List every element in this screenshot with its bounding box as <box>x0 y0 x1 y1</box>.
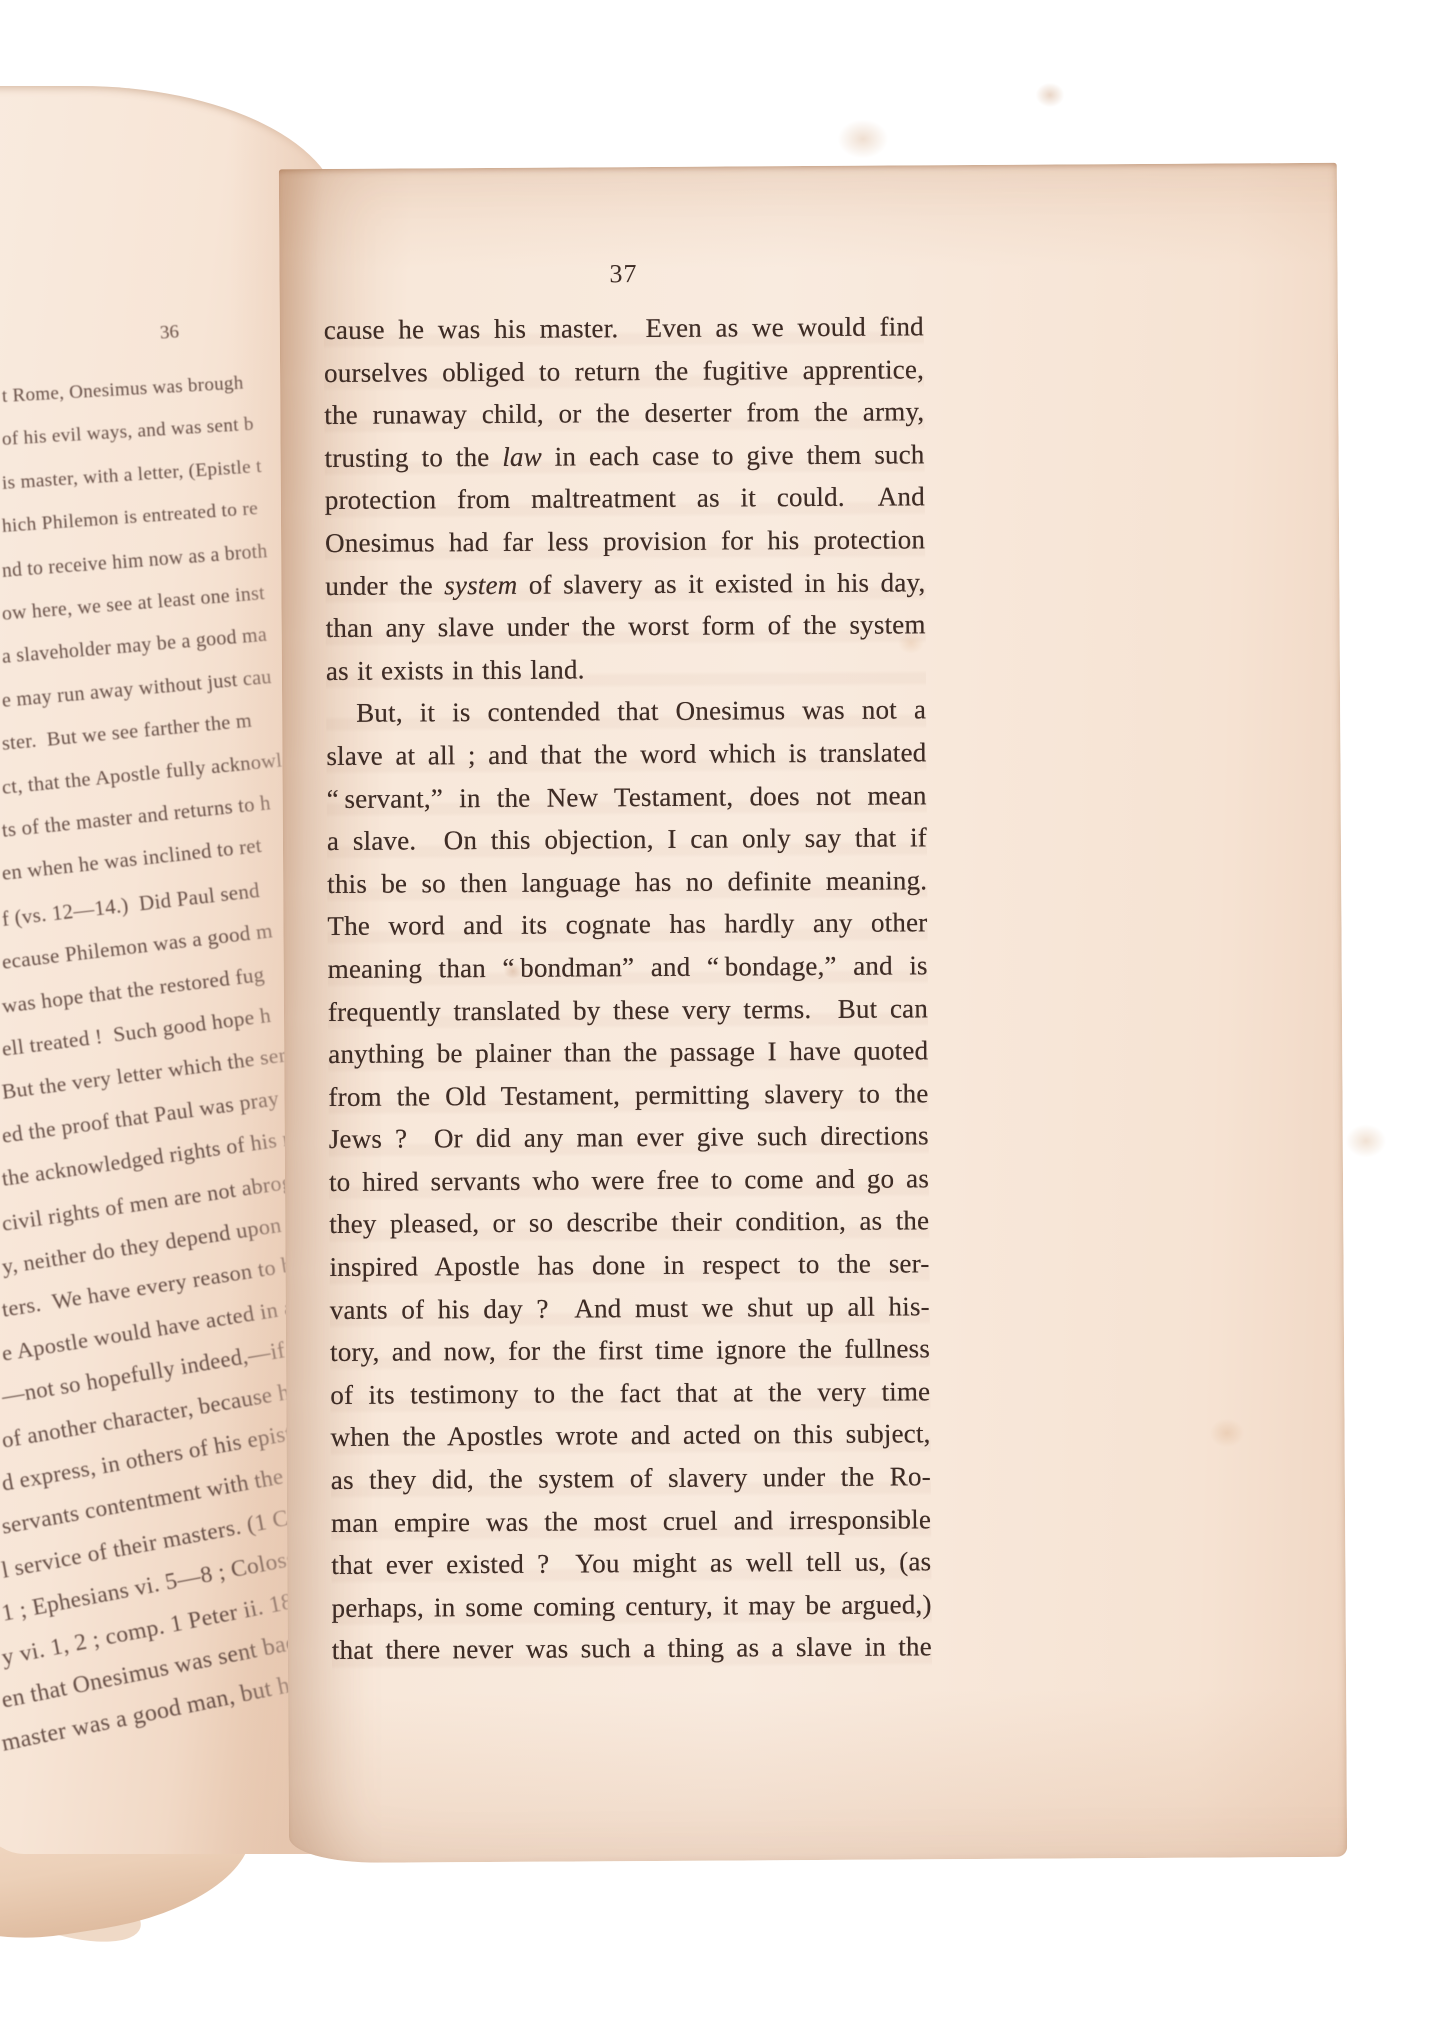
left-page-text-line: ow here, we see at least one inst <box>1 582 266 626</box>
left-page-text-line: nd to receive him now as a broth <box>1 540 268 583</box>
left-page-text-line: a slaveholder may be a good ma <box>1 624 268 669</box>
right-page-text-line: as it exists in this land. <box>326 646 926 692</box>
right-page-text-line: when the Apostles wrote and acted on thi… <box>330 1413 930 1459</box>
right-page-text-line: man empire was the most cruel and irresp… <box>331 1498 931 1544</box>
right-page-text-line: trusting to the law in each case to give… <box>324 433 924 479</box>
right-page-text-line: under the system of slavery as it existe… <box>325 561 925 607</box>
right-page-text-line: the runaway child, or the deserter from … <box>324 390 924 436</box>
right-page-text-line: this be so then language has no definite… <box>327 859 927 905</box>
left-page-text-line: en when he was inclined to ret <box>1 835 263 886</box>
book-photo: 36 t Rome, Onesimus was broughof his evi… <box>0 0 1445 2023</box>
right-page-text-line: of its testimony to the fact that at the… <box>330 1370 930 1416</box>
right-page-text-line: vants of his day ? And must we shut up a… <box>330 1285 930 1331</box>
right-page-text-line: ourselves obliged to return the fugitive… <box>324 348 924 394</box>
left-page-text-line: of his evil ways, and was sent b <box>1 414 254 451</box>
right-page-text-line: anything be plainer than the passage I h… <box>328 1029 928 1075</box>
right-page-text-line: Onesimus had far less provision for his … <box>325 518 925 564</box>
left-page-text-line: ster. But we see farther the m <box>1 710 253 756</box>
left-page-text-line: t Rome, Onesimus was brough <box>1 373 244 408</box>
left-page-number: 36 <box>159 321 179 344</box>
right-page-text-line: that ever existed ? You might as well te… <box>331 1541 931 1587</box>
right-page-text-line: “ servant,” in the New Testament, does n… <box>327 774 927 820</box>
right-page-text-line: a slave. On this objection, I can only s… <box>327 816 927 862</box>
right-page-text-line: cause he was his master. Even as we woul… <box>324 305 924 351</box>
right-page-text-line: Jews ? Or did any man ever give such dir… <box>329 1115 929 1161</box>
right-page-text-line: slave at all ; and that the word which i… <box>326 731 926 777</box>
right-page-text: cause he was his master. Even as we woul… <box>324 305 932 1672</box>
left-page-text-line: hich Philemon is entreated to re <box>1 498 259 538</box>
right-page-text-line: tory, and now, for the first time ignore… <box>330 1328 930 1374</box>
right-page-number: 37 <box>323 257 923 291</box>
right-page-text-line: than any slave under the worst form of t… <box>326 603 926 649</box>
right-page-text-line: to hired servants who were free to come … <box>329 1157 929 1203</box>
right-page-text-line: But, it is contended that Onesimus was n… <box>326 689 926 735</box>
right-page-text-line: The word and its cognate has hardly any … <box>327 902 927 948</box>
right-page-text-line: inspired Apostle has done in respect to … <box>329 1242 929 1288</box>
right-page-text-line: as they did, the system of slavery under… <box>331 1455 931 1501</box>
right-page-text-line: frequently translated by these very term… <box>328 987 928 1033</box>
right-page-text-line: that there never was such a thing as a s… <box>332 1626 932 1672</box>
right-page-text-line: from the Old Testament, permitting slave… <box>328 1072 928 1118</box>
right-page-text-line: protection from maltreatment as it could… <box>325 476 925 522</box>
right-page-text-line: they pleased, or so describe their condi… <box>329 1200 929 1246</box>
right-page: 37 cause he was his master. Even as we w… <box>279 163 1347 1863</box>
right-page-text-line: perhaps, in some coming century, it may … <box>331 1583 931 1629</box>
right-page-text-line: meaning than “ bondman” and “ bondage,” … <box>328 944 928 990</box>
left-page-text-line: is master, with a letter, (Epistle t <box>1 456 262 495</box>
